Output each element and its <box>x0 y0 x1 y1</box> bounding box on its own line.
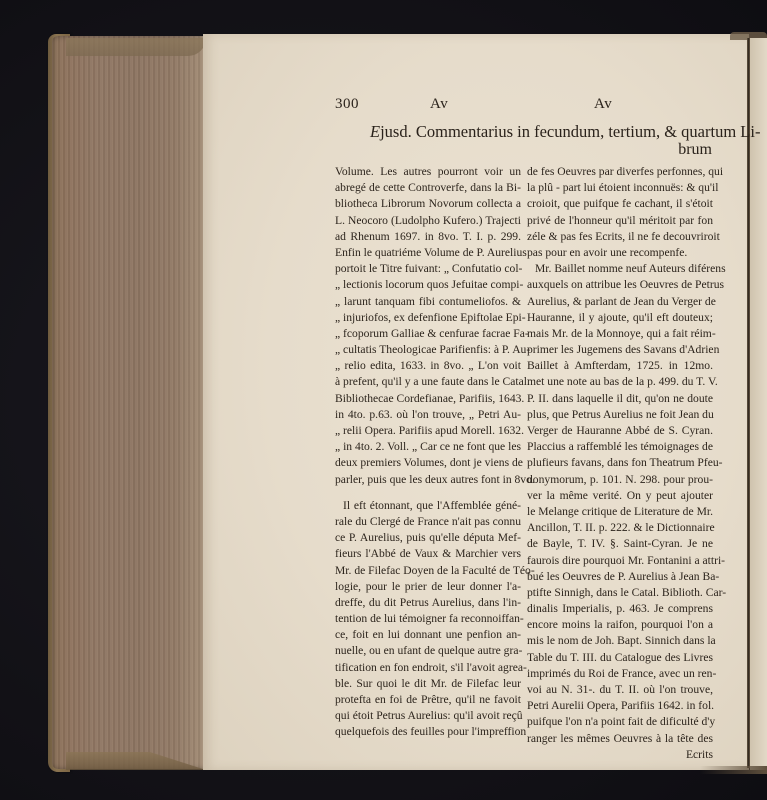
text-line: dinalis Imperialis, p. 463. Je comprens <box>527 601 713 617</box>
text-line: ce P. Aurelius, puis qu'elle députa Mef- <box>335 530 521 546</box>
text-line: „ in 4to. 2. Voll. „ Car ce ne font que … <box>335 439 521 455</box>
page-number: 300 <box>335 96 359 113</box>
text-column-left: Volume. Les autres pourront voir un abre… <box>335 164 521 741</box>
text-line: „ cultatis Theologicae Parifienfis: à P.… <box>335 342 521 358</box>
text-line: donymorum, p. 101. N. 298. pour prou- <box>527 472 713 488</box>
paragraph-gap <box>335 488 521 498</box>
entry-title-line2: brum <box>560 141 712 159</box>
running-head-right: Av <box>594 96 612 113</box>
text-line: „ relio edita, 1633. in 8vo. „ L'on voit <box>335 358 521 374</box>
entry-title-line1: jusd. Commentarius in fecundum, tertium,… <box>380 122 760 141</box>
text-line: tention de lui témoigner fa reconnoiffan… <box>335 611 521 627</box>
text-line: abregé de cette Controverfe, dans la Bi- <box>335 180 521 196</box>
text-line: „ relii Opera. Parifiis apud Morell. 163… <box>335 423 521 439</box>
running-head-left: Av <box>430 96 448 113</box>
text-line: le Melange critique de Literature de Mr. <box>527 504 713 520</box>
text-line: Placcius a raffemblé les témoignages de <box>527 439 713 455</box>
text-line: privé de l'honneur qu'il méritoit par fo… <box>527 213 713 229</box>
text-line: ver la même verité. On y peut ajouter <box>527 488 713 504</box>
text-line: voi au N. 31-. du T. II. où l'on trouve, <box>527 682 713 698</box>
text-line: tification en fon endroit, s'il l'avoit … <box>335 660 521 676</box>
book-top-edge <box>66 38 206 56</box>
text-line: Enfin le quatriéme Volume de P. Aurelius <box>335 245 521 261</box>
text-line: plufieurs favans, dans fon Theatrum Pfeu… <box>527 455 713 471</box>
text-line: puifque l'on n'a point fait de dificulté… <box>527 714 713 730</box>
text-line: „ fcoporum Galliae & cenfurae facrae Fa- <box>335 326 521 342</box>
entry-title: Ejusd. Commentarius in fecundum, tertium… <box>370 122 712 141</box>
text-line: de fes Oeuvres par diverfes perfonnes, q… <box>527 164 713 180</box>
text-line: Aurelius, & parlant de Jean du Verger de <box>527 294 713 310</box>
text-line: primer les Jugemens des Savans d'Adrien <box>527 342 713 358</box>
text-line: ptifte Sinnigh, dans le Catal. Biblioth.… <box>527 585 713 601</box>
text-line: parler, puis que les deux autres font in… <box>335 472 521 488</box>
book-scan-scene: 300 Av Av Ejusd. Commentarius in fecundu… <box>0 0 767 800</box>
facing-page-edge <box>750 38 767 770</box>
text-line: met une note au bas de la p. 499. du T. … <box>527 374 713 390</box>
text-line: Il eft étonnant, que l'Affemblée géné- <box>335 498 521 514</box>
text-line: Mr. Baillet nomme neuf Auteurs diférens <box>527 261 713 277</box>
text-line: in 4to. p.63. où l'on trouve, „ Petri Au… <box>335 407 521 423</box>
catchword: Ecrits <box>527 747 713 763</box>
spine-bottom-edge <box>700 766 767 774</box>
text-line: „ injuriofos, ex defenfione Epiftolae Ep… <box>335 310 521 326</box>
text-line: de Bayle, T. IV. §. Saint-Cyran. Je ne <box>527 536 713 552</box>
text-line: Ancillon, T. II. p. 222. & le Dictionnai… <box>527 520 713 536</box>
text-line: Bibliothecae Cordefianae, Parifiis, 1643… <box>335 391 521 407</box>
text-line: plus, que Petrus Aurelius ne foit Jean d… <box>527 407 713 423</box>
text-line: à prefent, qu'il y a une faute dans le C… <box>335 374 521 390</box>
text-line: „ larunt tanquam fibi contumeliofos. & <box>335 294 521 310</box>
text-line: Table du T. III. du Catalogue des Livres <box>527 650 713 666</box>
text-line: fieurs l'Abbé de Vaux & Marchier vers <box>335 546 521 562</box>
text-line: ranger les mêmes Oeuvres à la tête des <box>527 731 713 747</box>
text-line: croioit, que puifque fe cachant, il s'ét… <box>527 196 713 212</box>
text-line: auxquels on attribue les Oeuvres de Petr… <box>527 277 713 293</box>
text-line: bué les Oeuvres de P. Aurelius à Jean Ba… <box>527 569 713 585</box>
text-line: mais Mr. de la Monnoye, qui a fait réim- <box>527 326 713 342</box>
text-line: Mr. de Filefac Doyen de la Faculté de Té… <box>335 563 521 579</box>
text-line: qui étoit Petrus Aurelius: qu'il avoit r… <box>335 708 521 724</box>
text-line: mis le nom de Joh. Bapt. Sinnich dans la <box>527 633 713 649</box>
text-line: Hauranne, il y ajoute, qu'il eft douteux… <box>527 310 713 326</box>
text-line: L. Neocoro (Ludolpho Kufero.) Trajecti <box>335 213 521 229</box>
text-column-right: de fes Oeuvres par diverfes perfonnes, q… <box>527 164 713 763</box>
text-line: faurois dire pourquoi Mr. Fontanini a at… <box>527 553 713 569</box>
text-line: dreffe, du dit Petrus Aurelius, dans l'i… <box>335 595 521 611</box>
text-line: Verger de Hauranne Abbé de S. Cyran. <box>527 423 713 439</box>
text-line: rale du Clergé de France n'ait pas connu <box>335 514 521 530</box>
text-line: la plû - part lui étoient inconnuës: & q… <box>527 180 713 196</box>
text-line: pas pour en avoir une recompenfe. <box>527 245 713 261</box>
entry-title-initial: E <box>370 122 380 141</box>
page-stack-fore-edge <box>52 36 207 769</box>
text-line: ble. Sur quoi le dit Mr. de Filefac leur <box>335 676 521 692</box>
text-line: ad Rhenum 1697. in 8vo. T. I. p. 299. <box>335 229 521 245</box>
text-line: bliotheca Librorum Novorum collecta a <box>335 196 521 212</box>
text-line: portoit le Titre fuivant: „ Confutatio c… <box>335 261 521 277</box>
text-line: deux premiers Volumes, dont je viens de <box>335 455 521 471</box>
text-line: nuelle, ou en ufant de quelque autre gra… <box>335 643 521 659</box>
text-line: encore moins la raifon, pourquoi l'on a <box>527 617 713 633</box>
text-line: P. II. dans laquelle il dit, qu'on ne do… <box>527 391 713 407</box>
text-line: Petri Aurelii Opera, Parifiis 1642. in f… <box>527 698 713 714</box>
text-line: Volume. Les autres pourront voir un <box>335 164 521 180</box>
text-line: „ lectionis locorum quos Jefuitae compi- <box>335 277 521 293</box>
text-line: quelquefois des feuilles pour l'impreffi… <box>335 724 521 740</box>
text-line: zéle & pas fes Ecrits, il ne fe decouvri… <box>527 229 713 245</box>
text-line: logie, pour le prier de leur donner l'a- <box>335 579 521 595</box>
text-line: protefta en foi de Prêtre, qu'il ne favo… <box>335 692 521 708</box>
text-line: Baillet à Amfterdam, 1725. in 12mo. <box>527 358 713 374</box>
text-line: imprimés du Roi de France, avec un ren- <box>527 666 713 682</box>
text-line: ce, foit en lui donnant une penfion an- <box>335 627 521 643</box>
